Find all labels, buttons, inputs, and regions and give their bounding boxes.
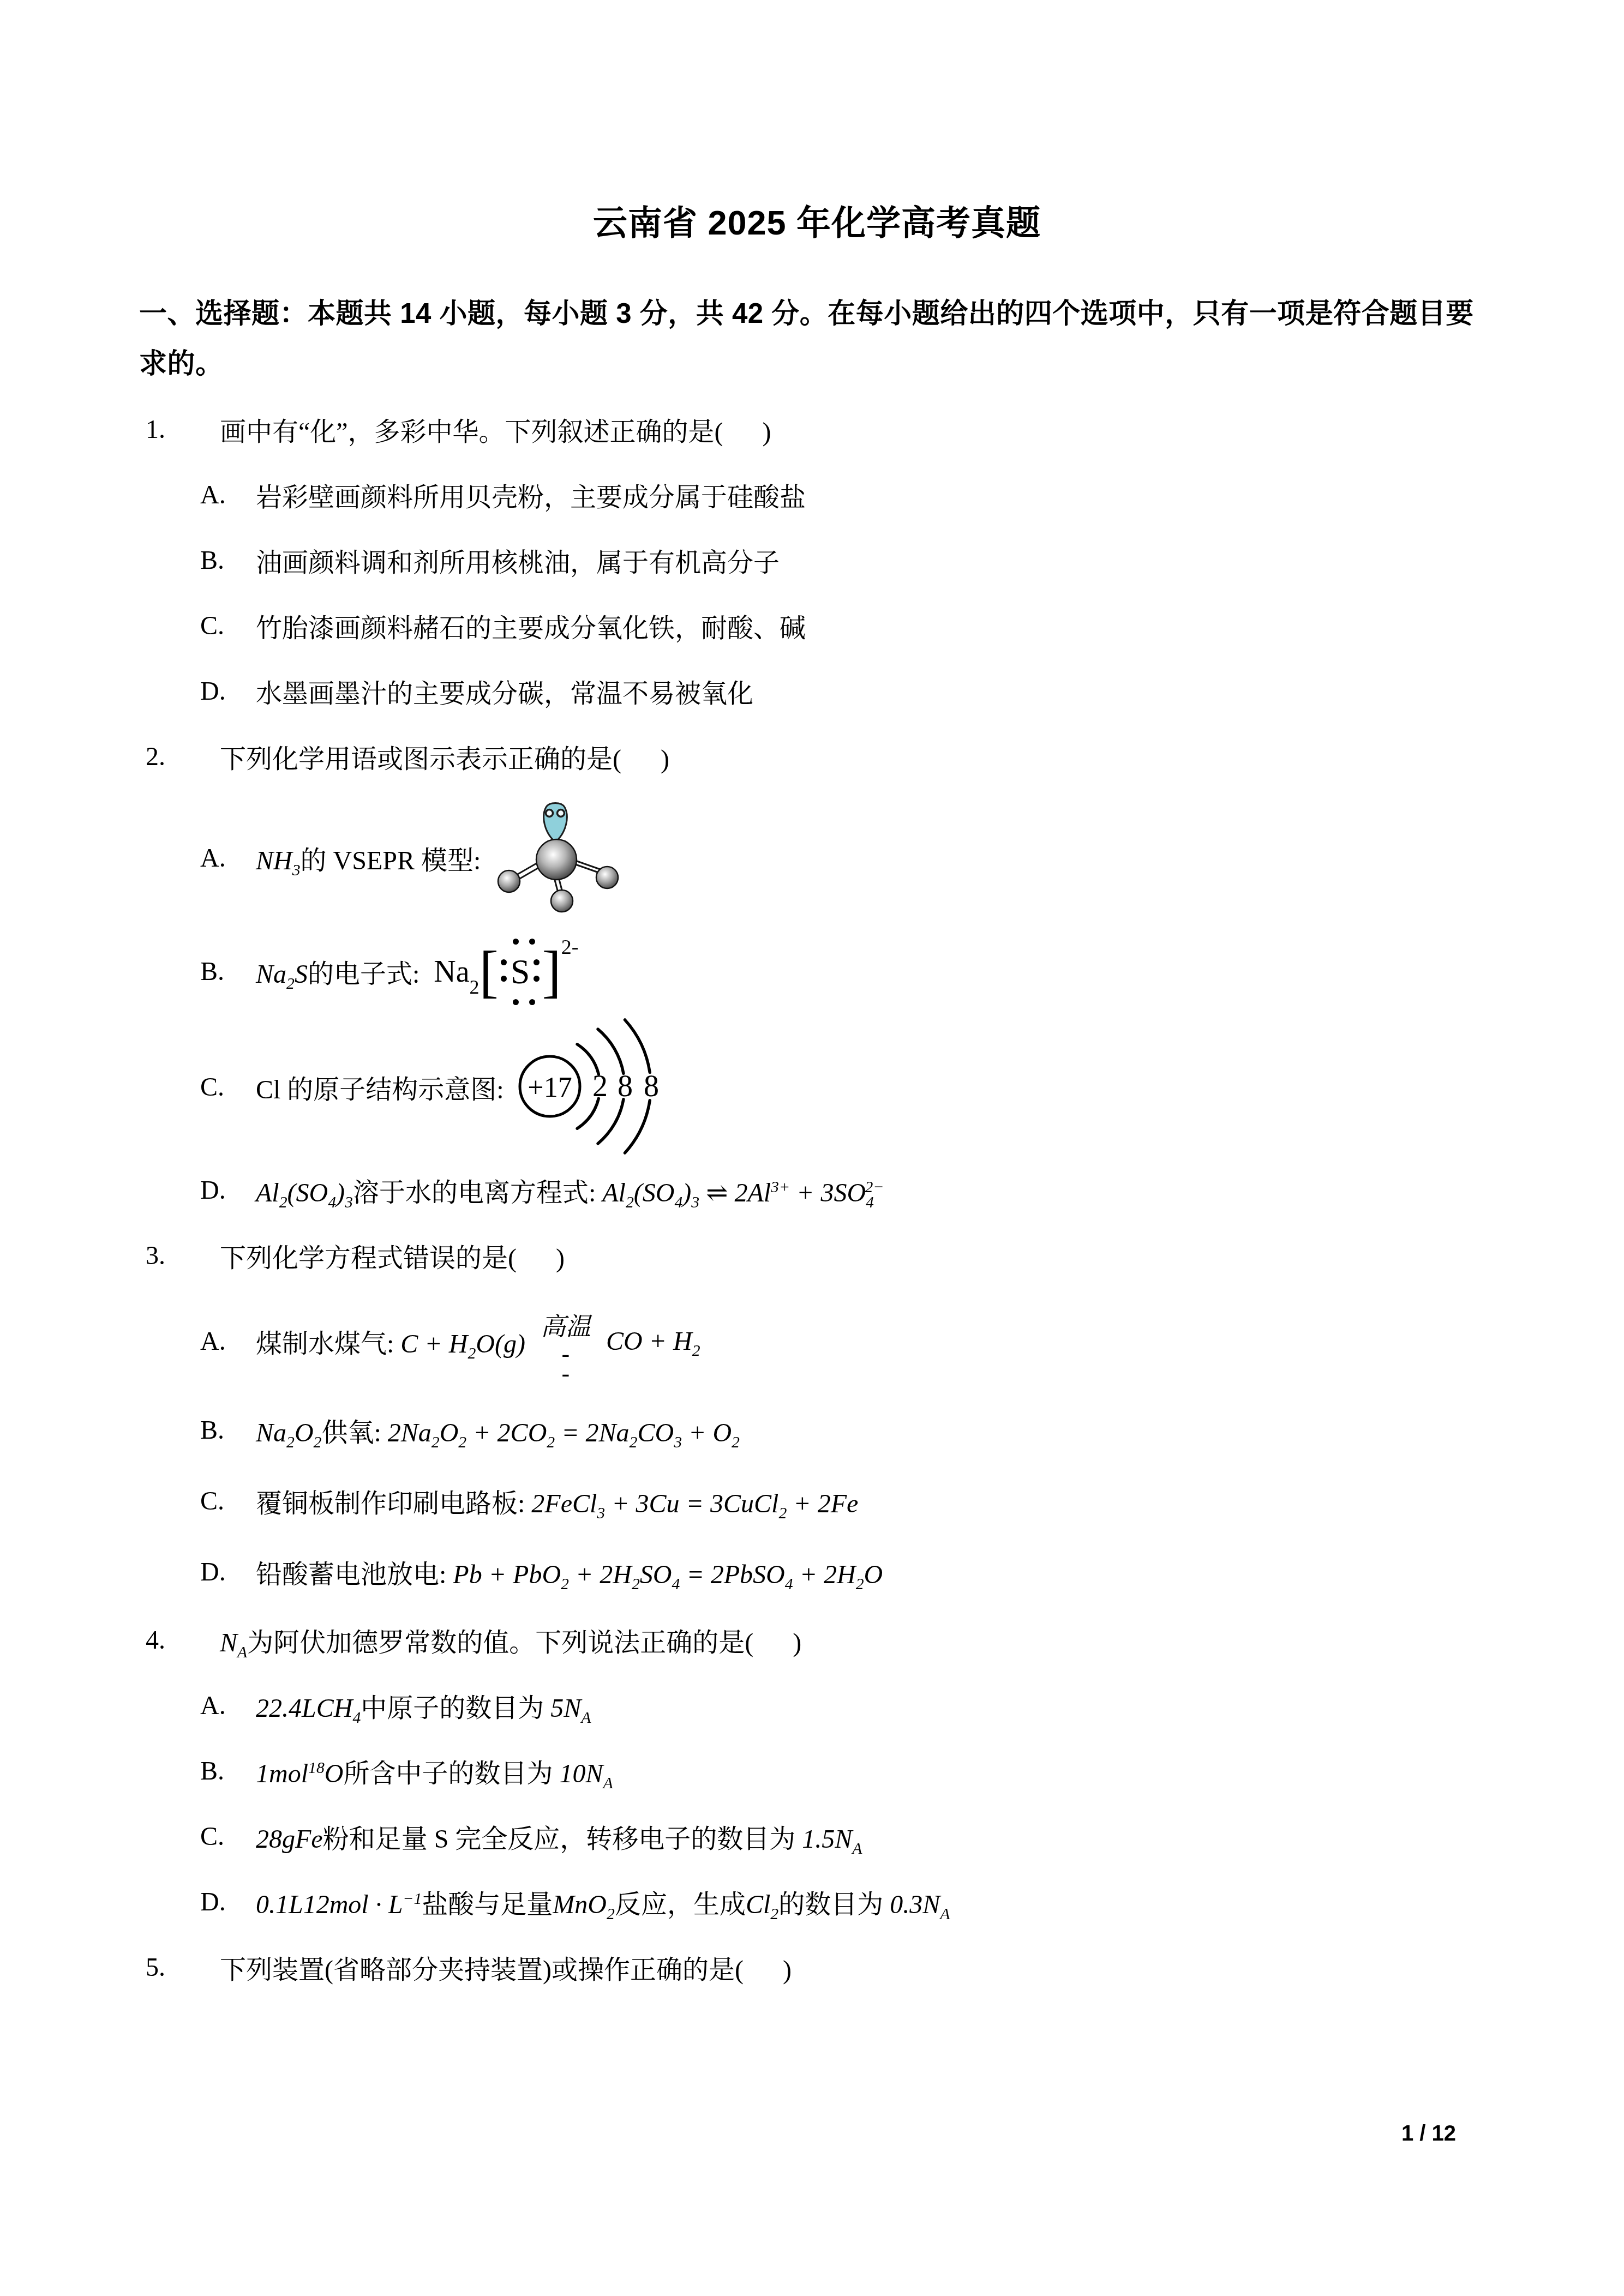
formula-fragment: = 2Na (555, 1419, 629, 1447)
formula-fragment: 3 (292, 861, 301, 879)
section-heading: 一、选择题：本题共 14 小题，每小题 3 分，共 42 分。在每小题给出的四个… (139, 288, 1495, 389)
text-fragment: 的数目为 (778, 1890, 890, 1919)
option-text: 1mol18O所含中子的数目为 10NA (256, 1752, 613, 1790)
formula-fragment: O (325, 1759, 344, 1788)
option-c: C. 竹胎漆画颜料赭石的主要成分氧化铁，耐酸、碱 (139, 593, 1495, 658)
question-4: 4. NA为阿伏加德罗常数的值。下列说法正确的是( ) A. 22.4LCH4中… (139, 1607, 1495, 1934)
lone-pair-electron-dot (558, 810, 565, 817)
right-bracket: ] (542, 945, 561, 999)
question-number: 3. (146, 1241, 220, 1271)
formula-fragment: 2 (458, 1433, 466, 1451)
option-c: C. 覆铜板制作印刷电路板: 2FeCl3 + 3Cu = 3CuCl2 + 2… (139, 1465, 1495, 1536)
option-label: B. (200, 957, 256, 987)
formula-fragment: 3 (674, 1433, 682, 1451)
formula-fragment: + 2H (569, 1560, 632, 1589)
text-fragment: 为阿伏加德罗常数的值。下列说法正确的是( ) (247, 1628, 801, 1657)
formula-fragment: (SO (287, 1179, 328, 1207)
formula-fragment: O (295, 1419, 314, 1447)
element-symbol: S (511, 952, 530, 991)
formula-fragment: 2Na (388, 1419, 432, 1447)
option-d: D. 铅酸蓄电池放电: Pb + PbO2 + 2H2SO4 = 2PbSO4 … (139, 1536, 1495, 1607)
formula-fragment: MnO (553, 1890, 607, 1919)
page-number: 1 / 12 (1401, 2121, 1456, 2146)
formula-fragment: 3+ (771, 1178, 790, 1196)
text-fragment: Cl 的原子结构示意图: (256, 1075, 504, 1104)
option-label: D. (200, 1175, 256, 1205)
formula-fragment: 2 (626, 1193, 634, 1211)
h-atom-left (498, 870, 520, 892)
formula-fragment: C + H (400, 1330, 468, 1359)
formula-fragment: 2 (630, 1433, 638, 1451)
formula-fragment: 0.1L12mol · L (256, 1890, 403, 1919)
equation-left: 煤制水煤气: C + H2O(g) (256, 1323, 525, 1360)
option-label: A. (200, 843, 256, 873)
option-label: A. (200, 1326, 256, 1356)
option-b: B. Na2S的电子式: Na 2 [ S ] 2- (139, 927, 1495, 1017)
text-fragment: 中原子的数目为 (361, 1694, 550, 1723)
question-2: 2. 下列化学用语或图示表示正确的是( ) A. NH3的 VSEPR 模型: (139, 724, 1495, 1223)
option-label: D. (200, 1557, 256, 1587)
option-b: B. Na2O2供氧: 2Na2O2 + 2CO2 = 2Na2CO3 + O2 (139, 1395, 1495, 1465)
formula-fragment: 4 (672, 1574, 680, 1592)
text-fragment: 盐酸与足量 (422, 1890, 553, 1919)
electron-shell-arcs (577, 1020, 650, 1153)
formula-fragment: 3 (691, 1193, 699, 1211)
question-stem: 5. 下列装置(省略部分夹持装置)或操作正确的是( ) (139, 1934, 1495, 2000)
electron-dot (529, 999, 535, 1005)
formula-fragment: + 3SO (790, 1179, 866, 1207)
option-c: C. Cl 的原子结构示意图: +17 2 8 8 (139, 1017, 1495, 1157)
option-label: C. (200, 611, 256, 641)
question-text: 下列装置(省略部分夹持装置)或操作正确的是( ) (220, 1949, 792, 1986)
question-stem: 2. 下列化学用语或图示表示正确的是( ) (139, 724, 1495, 789)
h-atom-right (596, 867, 618, 888)
formula-fragment: S (295, 960, 308, 989)
formula-fragment: 4 (674, 1193, 682, 1211)
option-text: 28gFe粉和足量 S 完全反应，转移电子的数目为 1.5NA (256, 1818, 862, 1855)
formula-fragment: N (220, 1628, 237, 1657)
text-fragment: 溶于水的电离方程式: (353, 1179, 602, 1207)
lone-pair (544, 803, 567, 843)
question-number: 5. (146, 1952, 220, 1982)
formula-fragment: 2− (865, 1178, 884, 1196)
question-text: 画中有“化”，多彩中华。下列叙述正确的是( ) (220, 411, 771, 448)
option-label: A. (200, 480, 256, 510)
option-text: 0.1L12mol · L−1盐酸与足量MnO2反应，生成Cl2的数目为 0.3… (256, 1883, 950, 1921)
question-stem: 1. 画中有“化”，多彩中华。下列叙述正确的是( ) (139, 396, 1495, 462)
formula-fragment: NH (256, 846, 292, 875)
option-text: 竹胎漆画颜料赭石的主要成分氧化铁，耐酸、碱 (256, 607, 806, 645)
text-fragment: 竹胎漆画颜料赭石的主要成分氧化铁，耐酸、碱 (256, 614, 806, 643)
option-text: Na2O2供氧: 2Na2O2 + 2CO2 = 2Na2CO3 + O2 (256, 1411, 740, 1449)
question-number: 2. (146, 742, 220, 772)
formula-fragment: + 2H (793, 1560, 856, 1589)
question-number: 4. (146, 1625, 220, 1655)
formula-fragment: + 3Cu = 3CuCl (605, 1489, 778, 1518)
electron-dot-formula: Na 2 [ S ] 2- (434, 937, 578, 1006)
question-text: 下列化学用语或图示表示正确的是( ) (220, 738, 669, 776)
option-b: B. 1mol18O所含中子的数目为 10NA (139, 1738, 1495, 1804)
option-text: Na2S的电子式: (256, 953, 420, 990)
text-fragment: 所含中子的数目为 (343, 1759, 559, 1788)
option-b: B. 油画颜料调和剂所用核桃油，属于有机高分子 (139, 527, 1495, 593)
formula-fragment: = 2PbSO (680, 1560, 784, 1589)
lone-pair-electron-dot (546, 810, 553, 817)
formula-fragment: Cl (746, 1890, 770, 1919)
text-fragment: 岩彩壁画颜料所用贝壳粉，主要成分属于硅酸盐 (256, 483, 806, 512)
formula-fragment: A (940, 1904, 950, 1922)
arrow-dash: - (562, 1348, 570, 1360)
option-text: 岩彩壁画颜料所用贝壳粉，主要成分属于硅酸盐 (256, 476, 806, 514)
formula-fragment: 22.4LCH (256, 1694, 352, 1723)
option-label: B. (200, 1415, 256, 1445)
formula-fragment: A (237, 1643, 247, 1661)
formula-fragment: CO (637, 1419, 674, 1447)
formula-fragment: 3 (597, 1504, 605, 1522)
formula-fragment: 2 (314, 1433, 322, 1451)
option-a: A. 岩彩壁画颜料所用贝壳粉，主要成分属于硅酸盐 (139, 462, 1495, 527)
formula-fragment: O (440, 1419, 459, 1447)
option-label: D. (200, 676, 256, 706)
formula-fragment: + 2CO (466, 1419, 547, 1447)
formula-fragment: 2 (468, 1344, 476, 1362)
option-label: C. (200, 1072, 256, 1102)
formula-fragment: A (581, 1708, 591, 1726)
formula-fragment: O(g) (476, 1330, 525, 1359)
formula-fragment: CO + H (606, 1327, 692, 1356)
shell-electron-count: 2 (592, 1069, 608, 1103)
formula-fragment: Al (256, 1179, 279, 1207)
left-bracket: [ (480, 945, 499, 999)
electron-dot (529, 939, 535, 945)
formula-fragment: 2 (286, 975, 295, 993)
formula-fragment: ⇌ 2Al (699, 1179, 771, 1207)
equation-right: CO + H2 (606, 1326, 700, 1356)
central-atom (536, 839, 577, 880)
option-text: 铅酸蓄电池放电: Pb + PbO2 + 2H2SO4 = 2PbSO4 + 2… (256, 1553, 883, 1591)
text-fragment: 的 VSEPR 模型: (301, 846, 481, 875)
formula-fragment: 1.5N (802, 1825, 852, 1854)
cl-atomic-structure-diagram: +17 2 8 8 (516, 1017, 675, 1157)
exam-page: 云南省 2025 年化学高考真题 一、选择题：本题共 14 小题，每小题 3 分… (0, 0, 1624, 2296)
electron-dot (534, 959, 540, 965)
text-fragment: 下列化学方程式错误的是( ) (220, 1244, 565, 1273)
question-number: 1. (146, 414, 220, 444)
question-5: 5. 下列装置(省略部分夹持装置)或操作正确的是( ) (139, 1934, 1495, 2000)
option-label: D. (200, 1887, 256, 1917)
shell-electron-count: 8 (644, 1069, 659, 1103)
formula-fragment: 18 (308, 1759, 325, 1777)
formula-fragment: 2 (561, 1574, 569, 1592)
question-stem: 4. NA为阿伏加德罗常数的值。下列说法正确的是( ) (139, 1607, 1495, 1673)
formula-fragment: Pb + PbO (453, 1560, 561, 1589)
formula-fragment: 2 (607, 1904, 615, 1922)
text-fragment: 油画颜料调和剂所用核桃油，属于有机高分子 (256, 549, 780, 578)
formula-fragment: 4 (785, 1574, 793, 1592)
formula-fragment: + 2Fe (787, 1489, 858, 1518)
option-text: Al2(SO4)3溶于水的电离方程式: Al2(SO4)3 ⇌ 2Al3+ + … (256, 1171, 884, 1209)
option-a: A. NH3的 VSEPR 模型: (139, 789, 1495, 927)
question-text: NA为阿伏加德罗常数的值。下列说法正确的是( ) (220, 1621, 801, 1659)
formula-fragment: O (864, 1560, 883, 1589)
formula-fragment: 2 (279, 1193, 287, 1211)
reaction-condition-arrow: 高温 - - (541, 1314, 591, 1380)
option-label: B. (200, 1756, 256, 1786)
option-label: B. (200, 545, 256, 575)
formula-fragment: 2 (732, 1433, 740, 1451)
text-fragment: 覆铜板制作印刷电路板: (256, 1489, 531, 1518)
option-text: 油画颜料调和剂所用核桃油，属于有机高分子 (256, 542, 780, 579)
question-stem: 3. 下列化学方程式错误的是( ) (139, 1223, 1495, 1288)
question-text: 下列化学方程式错误的是( ) (220, 1237, 565, 1275)
ion-charge: 2- (561, 935, 579, 959)
page-title: 云南省 2025 年化学高考真题 (139, 195, 1495, 245)
vsepr-model-diagram (489, 798, 620, 917)
option-text: 水墨画墨汁的主要成分碳，常温不易被氧化 (256, 672, 753, 710)
electron-dot (501, 976, 507, 982)
formula-fragment: −1 (403, 1890, 422, 1908)
question-1: 1. 画中有“化”，多彩中华。下列叙述正确的是( ) A. 岩彩壁画颜料所用贝壳… (139, 396, 1495, 724)
formula-fragment: 2 (770, 1904, 778, 1922)
text-fragment: 下列化学用语或图示表示正确的是( ) (220, 745, 669, 774)
text-fragment: 煤制水煤气: (256, 1330, 400, 1359)
subscript: 2 (470, 976, 480, 999)
formula-fragment: Al (602, 1179, 626, 1207)
electron-dot (513, 939, 519, 945)
option-label: A. (200, 1691, 256, 1721)
formula-fragment: 4 (328, 1193, 336, 1211)
formula-fragment: 28gFe (256, 1825, 323, 1854)
formula-fragment: 2 (778, 1504, 787, 1522)
condition-text: 高温 (541, 1314, 591, 1339)
formula-fragment: 2 (632, 1574, 640, 1592)
formula-fragment: A (852, 1839, 862, 1857)
formula-fragment: 4 (352, 1708, 361, 1726)
formula-fragment: 2 (286, 1433, 295, 1451)
option-text: Cl 的原子结构示意图: (256, 1068, 504, 1106)
option-a: A. 煤制水煤气: C + H2O(g) 高温 - - CO + H2 (139, 1288, 1495, 1395)
formula-fragment: 2 (547, 1433, 555, 1451)
formula-fragment: 1mol (256, 1759, 308, 1788)
formula-fragment: (SO (634, 1179, 675, 1207)
formula-fragment: 0.3N (890, 1890, 940, 1919)
nucleus-charge: +17 (528, 1072, 572, 1103)
formula-fragment: Na (256, 1419, 286, 1447)
formula-fragment: ) (682, 1179, 691, 1207)
option-a: A. 22.4LCH4中原子的数目为 5NA (139, 1673, 1495, 1738)
text-fragment: 的电子式: (308, 960, 420, 989)
electron-dot (534, 976, 540, 982)
option-text: 22.4LCH4中原子的数目为 5NA (256, 1687, 591, 1724)
formula-fragment: Na (256, 960, 286, 989)
question-3: 3. 下列化学方程式错误的是( ) A. 煤制水煤气: C + H2O(g) 高… (139, 1223, 1495, 1607)
option-d: D. 0.1L12mol · L−1盐酸与足量MnO2反应，生成Cl2的数目为 … (139, 1869, 1495, 1934)
electron-dot (513, 999, 519, 1005)
text-fragment: 画中有“化”，多彩中华。下列叙述正确的是( ) (220, 418, 771, 447)
text-fragment: 反应，生成 (615, 1890, 746, 1919)
text-fragment: 下列装置(省略部分夹持装置)或操作正确的是( ) (220, 1956, 792, 1985)
formula-fragment: 2 (432, 1433, 440, 1451)
electron-dot (501, 959, 507, 965)
option-label: C. (200, 1486, 256, 1516)
formula-fragment: A (603, 1774, 613, 1792)
element-symbol: Na (434, 954, 469, 989)
text-fragment: 粉和足量 S 完全反应，转移电子的数目为 (323, 1825, 802, 1854)
option-c: C. 28gFe粉和足量 S 完全反应，转移电子的数目为 1.5NA (139, 1804, 1495, 1869)
option-d: D. Al2(SO4)3溶于水的电离方程式: Al2(SO4)3 ⇌ 2Al3+… (139, 1157, 1495, 1223)
formula-fragment: 2FeCl (531, 1489, 597, 1518)
formula-fragment: 5N (550, 1694, 581, 1723)
formula-fragment: + O (682, 1419, 732, 1447)
arrow-dash: - (562, 1368, 570, 1380)
formula-fragment: 3 (345, 1193, 353, 1211)
text-fragment: 铅酸蓄电池放电: (256, 1560, 453, 1589)
text-fragment: 供氧: (321, 1419, 387, 1447)
formula-fragment: 2 (692, 1342, 700, 1360)
option-label: C. (200, 1822, 256, 1852)
h-atom-bottom (551, 890, 573, 912)
formula-fragment: 2 (856, 1574, 864, 1592)
formula-fragment: SO (640, 1560, 672, 1589)
option-text: NH3的 VSEPR 模型: (256, 839, 481, 877)
text-fragment: 水墨画墨汁的主要成分碳，常温不易被氧化 (256, 680, 753, 708)
option-text: 覆铜板制作印刷电路板: 2FeCl3 + 3Cu = 3CuCl2 + 2Fe (256, 1482, 858, 1520)
formula-fragment: ) (336, 1179, 345, 1207)
shell-electron-count: 8 (618, 1069, 633, 1103)
formula-fragment: 10N (559, 1759, 603, 1788)
option-d: D. 水墨画墨汁的主要成分碳，常温不易被氧化 (139, 658, 1495, 724)
sulfur-with-electron-dots: S (499, 937, 542, 1006)
